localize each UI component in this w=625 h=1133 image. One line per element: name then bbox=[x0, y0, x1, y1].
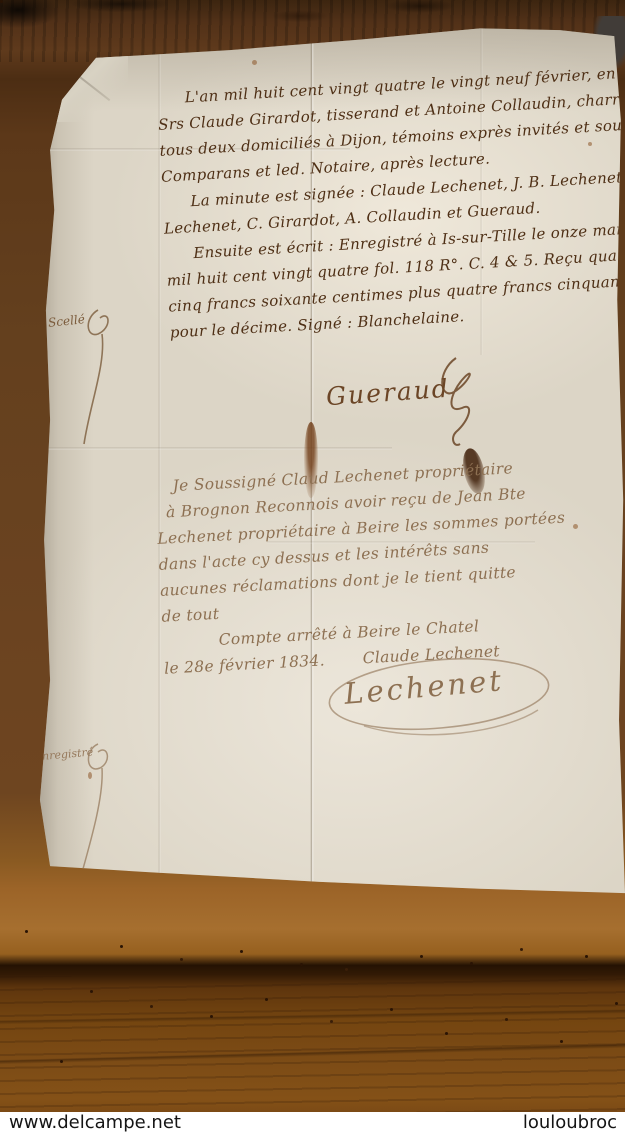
wood-plank-grain bbox=[0, 976, 625, 1112]
manuscript-paper-sheet: L'an mil huit cent vingt quatre le vingt… bbox=[28, 24, 625, 894]
receipt-date: le 28e février 1834. bbox=[164, 651, 326, 677]
wood-worm-holes bbox=[0, 0, 3, 3]
foxing-spot bbox=[252, 60, 257, 65]
gueraud-paraph-flourish-icon bbox=[426, 354, 486, 454]
watermark-bar: www.delcampe.net louloubroc bbox=[0, 1112, 625, 1133]
watermark-seller-name: louloubroc bbox=[523, 1112, 617, 1133]
notarial-act-text: L'an mil huit cent vingt quatre le vingt… bbox=[156, 60, 625, 346]
watermark-site-url: www.delcampe.net bbox=[9, 1112, 181, 1133]
scelle-paraph-flourish-icon bbox=[72, 304, 122, 454]
receipt-text: Je Soussigné Claud Lechenet propriétaire… bbox=[154, 449, 625, 682]
photo-of-manuscript: L'an mil huit cent vingt quatre le vingt… bbox=[0, 0, 625, 1133]
